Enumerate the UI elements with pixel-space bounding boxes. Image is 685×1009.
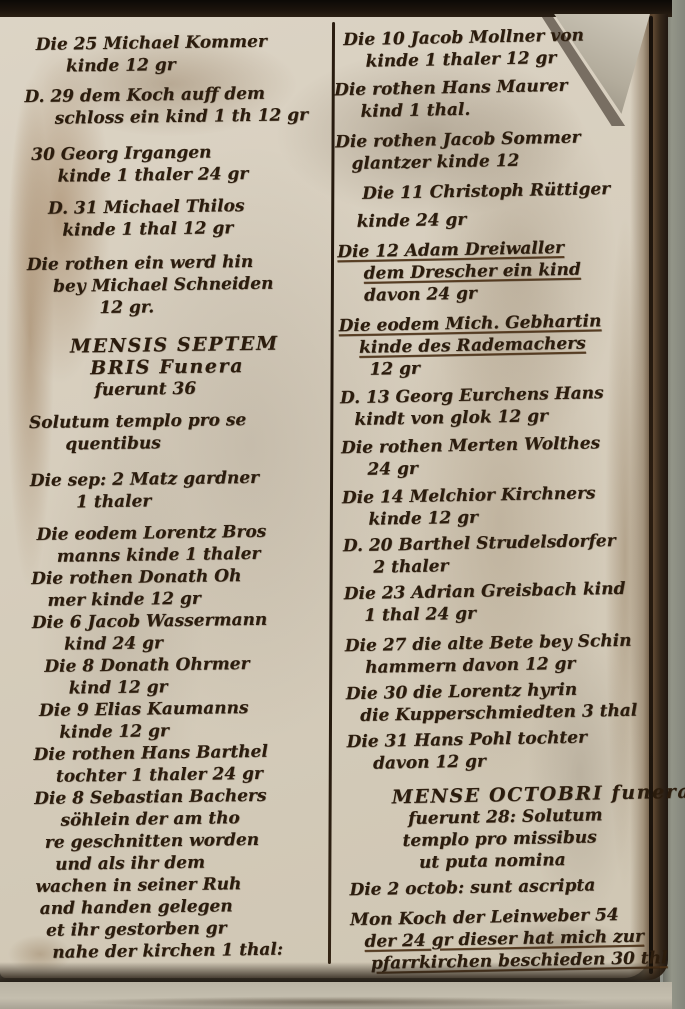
manuscript-line: 12 gr. (27, 294, 325, 320)
manuscript-line: kinde 1 thaler 24 gr (25, 162, 323, 188)
manuscript-line: Die 2 octob: sunt ascripta (349, 873, 685, 902)
left-column: Die 25 Michael Kommerkinde 12 grD. 29 de… (24, 30, 335, 964)
manuscript-line: kinde 1 thal 12 gr (26, 216, 324, 242)
manuscript-line: quentibus (29, 430, 327, 456)
manuscript-line: fuerunt 36 (28, 376, 326, 402)
right-column: Die 10 Jacob Mollner vonkinde 1 thaler 1… (333, 23, 685, 975)
manuscript-line: 1 thaler (30, 488, 328, 514)
manuscript-line: schloss ein kind 1 th 12 gr (25, 104, 323, 130)
manuscript-line: Die 11 Christoph Rüttiger (336, 177, 676, 206)
manuscript-photo: Die 25 Michael Kommerkinde 12 grD. 29 de… (0, 0, 685, 1009)
manuscript-line: nahe der kirchen 1 thal: (36, 938, 334, 964)
page-bottom-shadow (0, 962, 660, 984)
underlying-page-edge (0, 982, 672, 1009)
manuscript-line: kinde 12 gr (24, 52, 322, 78)
manuscript-line: kinde 24 gr (336, 205, 676, 234)
